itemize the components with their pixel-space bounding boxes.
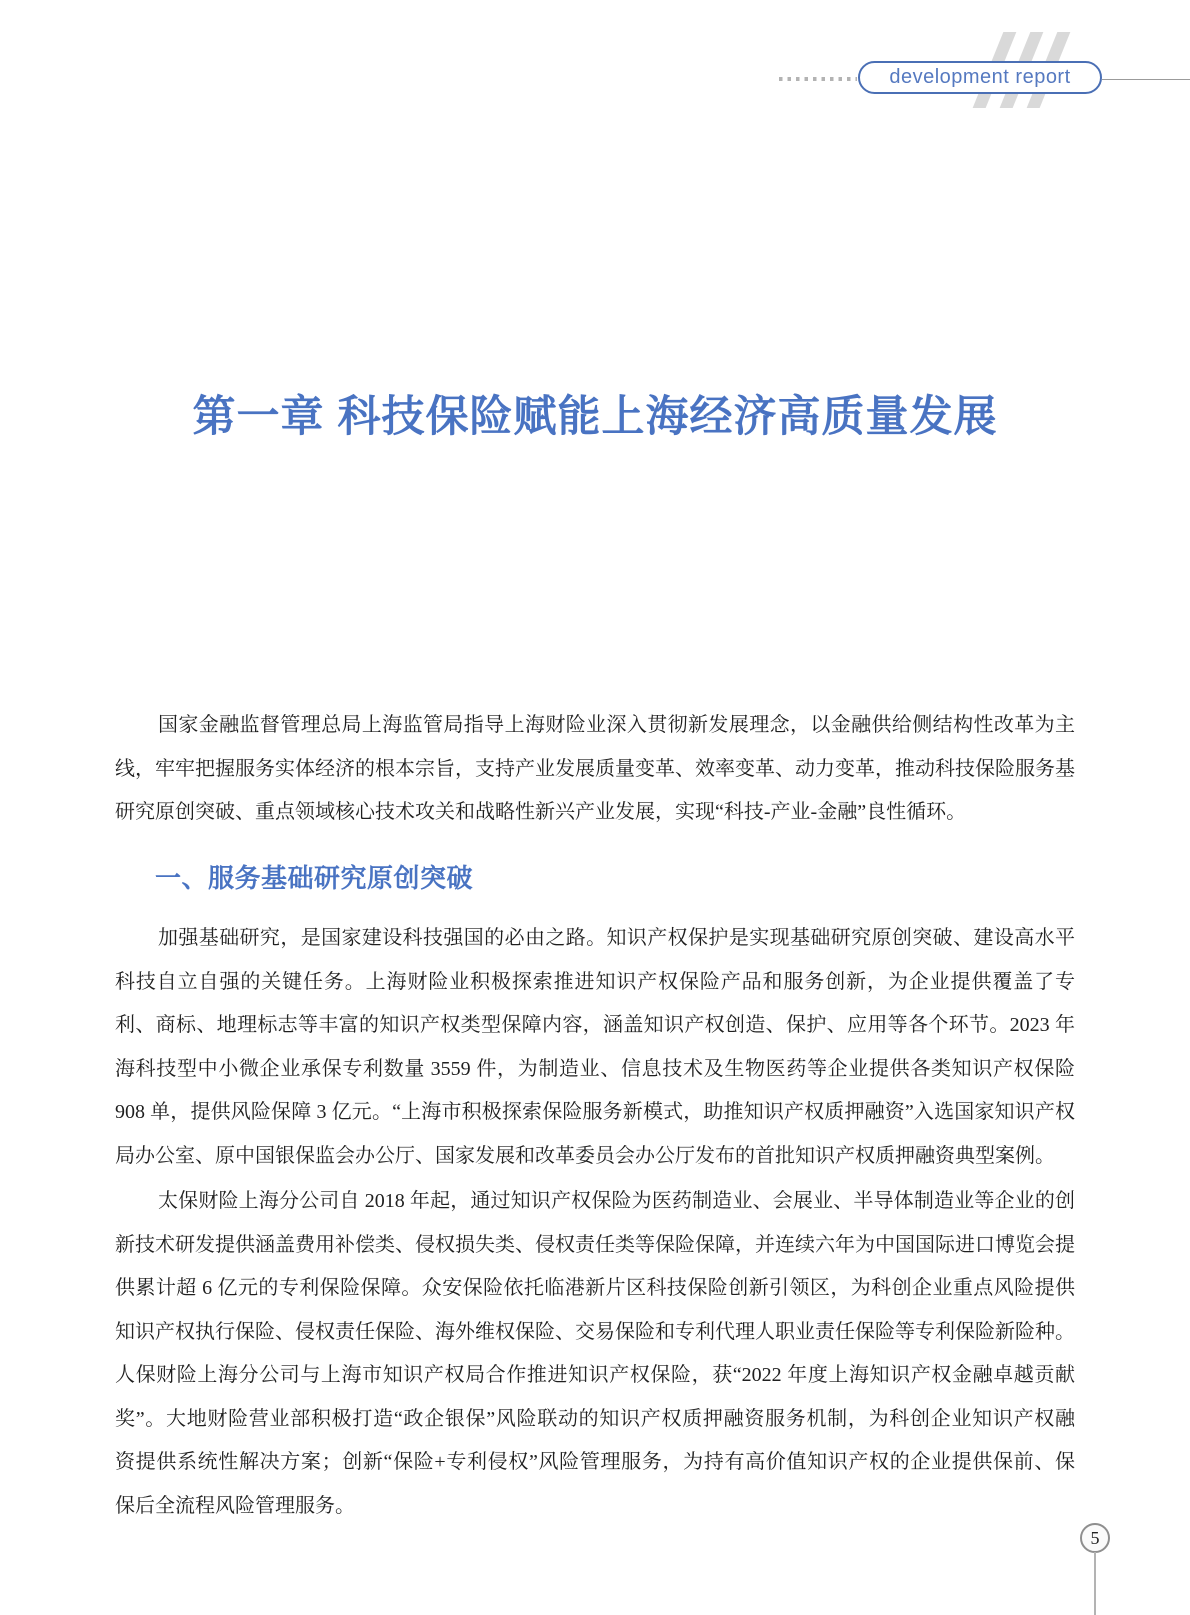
header-badge: development report xyxy=(858,61,1102,94)
header-badge-label: development report xyxy=(889,66,1070,89)
text-line: 利、商标、地理标志等丰富的知识产权类型保障内容，涵盖知识产权创造、保护、应用等各… xyxy=(115,1004,1075,1048)
text-line: 局办公室、原中国银保监会办公厅、国家发展和改革委员会办公厅发布的首批知识产权质押… xyxy=(115,1135,1075,1179)
page-number: 5 xyxy=(1091,1528,1100,1549)
section-paragraph-1: 加强基础研究，是国家建设科技强国的必由之路。知识产权保护是实现基础研究原创突破、… xyxy=(115,917,1075,1178)
text-line: 人保财险上海分公司与上海市知识产权局合作推进知识产权保险，获“2022 年度上海… xyxy=(115,1354,1075,1398)
text-line: 供累计超 6 亿元的专利保险保障。众安保险依托临港新片区科技保险创新引领区，为科… xyxy=(115,1267,1075,1311)
text-line: 海科技型中小微企业承保专利数量 3559 件，为制造业、信息技术及生物医药等企业… xyxy=(115,1048,1075,1092)
text-line: 研究原创突破、重点领域核心技术攻关和战略性新兴产业发展，实现“科技-产业-金融”… xyxy=(115,791,1075,835)
footer-rule xyxy=(1094,1552,1096,1615)
section-paragraph-2: 太保财险上海分公司自 2018 年起，通过知识产权保险为医药制造业、会展业、半导… xyxy=(115,1180,1075,1528)
document-page: development report 第一章 科技保险赋能上海经济高质量发展 国… xyxy=(0,0,1190,1615)
chapter-title: 第一章 科技保险赋能上海经济高质量发展 xyxy=(0,383,1190,444)
text-line: 奖”。大地财险营业部积极打造“政企银保”风险联动的知识产权质押融资服务机制，为科… xyxy=(115,1398,1075,1442)
text-line: 908 单，提供风险保障 3 亿元。“上海市积极探索保险服务新模式，助推知识产权… xyxy=(115,1091,1075,1135)
text-line: 新技术研发提供涵盖费用补偿类、侵权损失类、侵权责任类等保险保障，并连续六年为中国… xyxy=(115,1224,1075,1268)
text-line: 太保财险上海分公司自 2018 年起，通过知识产权保险为医药制造业、会展业、半导… xyxy=(115,1180,1075,1224)
page-number-badge: 5 xyxy=(1080,1523,1110,1553)
text-line: 加强基础研究，是国家建设科技强国的必由之路。知识产权保护是实现基础研究原创突破、… xyxy=(115,917,1075,961)
intro-paragraph: 国家金融监督管理总局上海监管局指导上海财险业深入贯彻新发展理念，以金融供给侧结构… xyxy=(115,704,1075,835)
text-line: 资提供系统性解决方案；创新“保险+专利侵权”风险管理服务，为持有高价值知识产权的… xyxy=(115,1441,1075,1485)
section-heading: 一、服务基础研究原创突破 xyxy=(155,858,473,895)
dotted-line-icon xyxy=(779,77,857,81)
header-rule xyxy=(1102,79,1190,80)
text-line: 科技自立自强的关键任务。上海财险业积极探索推进知识产权保险产品和服务创新，为企业… xyxy=(115,961,1075,1005)
text-line: 知识产权执行保险、侵权责任保险、海外维权保险、交易保险和专利代理人职业责任保险等… xyxy=(115,1311,1075,1355)
text-line: 线，牢牢把握服务实体经济的根本宗旨，支持产业发展质量变革、效率变革、动力变革，推… xyxy=(115,748,1075,792)
text-line: 保后全流程风险管理服务。 xyxy=(115,1485,1075,1529)
text-line: 国家金融监督管理总局上海监管局指导上海财险业深入贯彻新发展理念，以金融供给侧结构… xyxy=(115,704,1075,748)
